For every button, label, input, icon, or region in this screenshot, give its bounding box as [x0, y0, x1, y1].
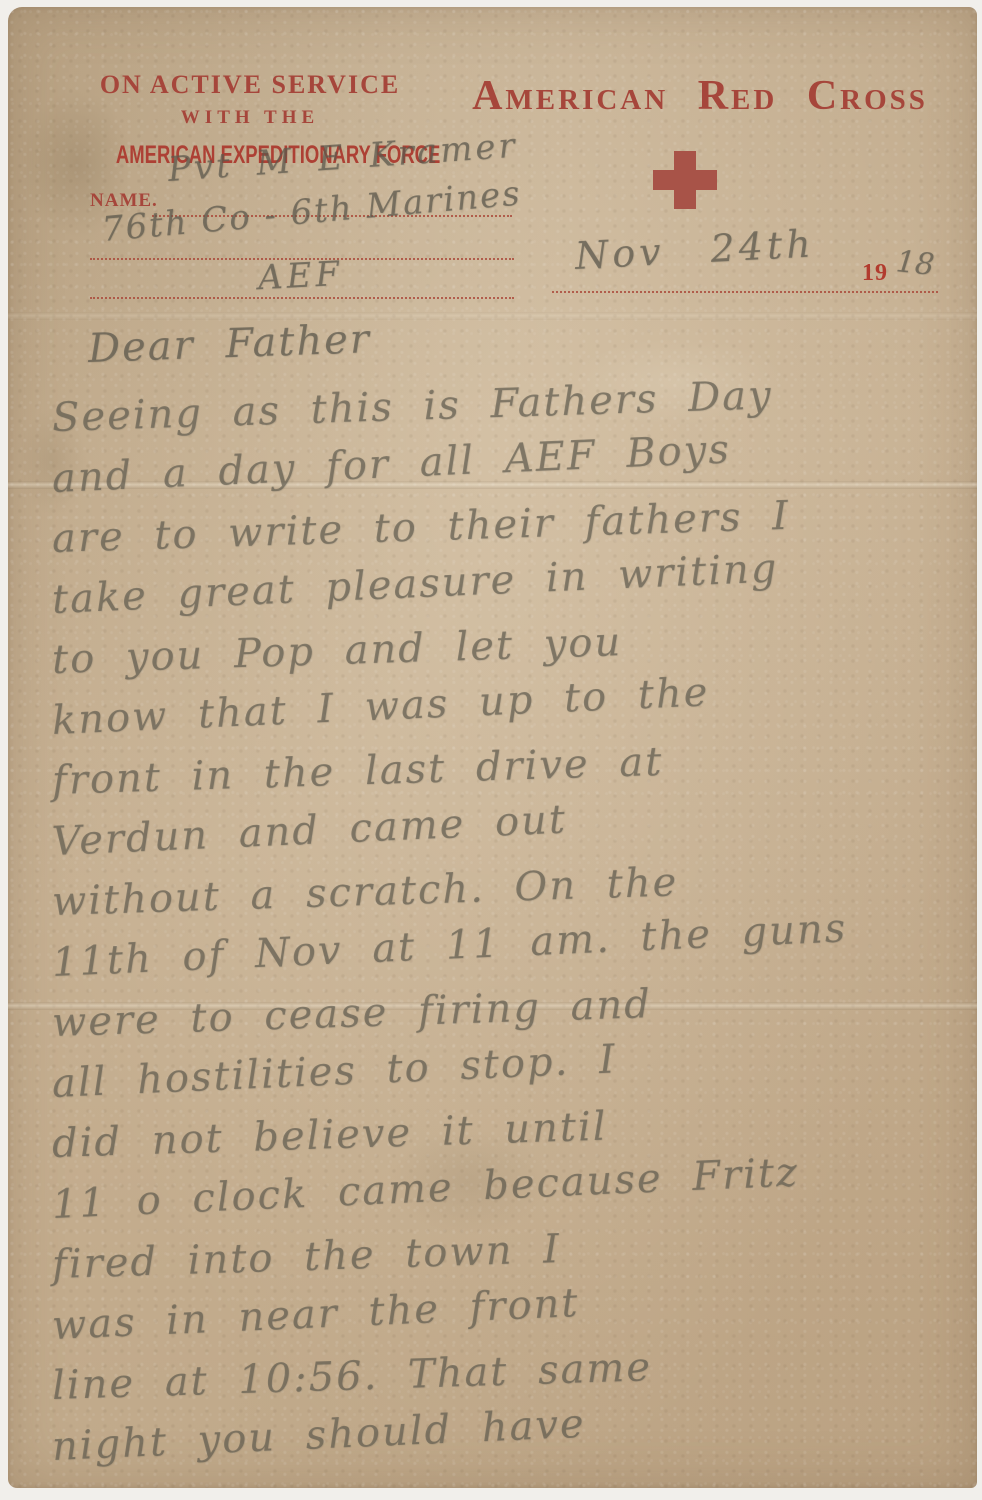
with-the-line: WITH THE — [85, 107, 415, 129]
handwritten-org: AEF — [257, 254, 344, 298]
handwritten-year-suffix: 18 — [894, 244, 936, 283]
letter-salutation: Dear Father — [87, 316, 371, 372]
on-active-service-line: ON ACTIVE SERVICE — [85, 70, 415, 100]
red-cross-icon — [653, 151, 717, 209]
address-dotted-line — [90, 297, 514, 299]
printed-year: 19 — [862, 260, 888, 287]
date-dotted-line — [552, 291, 938, 293]
scan-background: { "letterhead": { "on_active_service": "… — [0, 0, 982, 1500]
red-cross-title: American Red Cross — [460, 72, 940, 120]
letter-body: Seeing as this is Fathers Day and a day … — [52, 388, 957, 1477]
